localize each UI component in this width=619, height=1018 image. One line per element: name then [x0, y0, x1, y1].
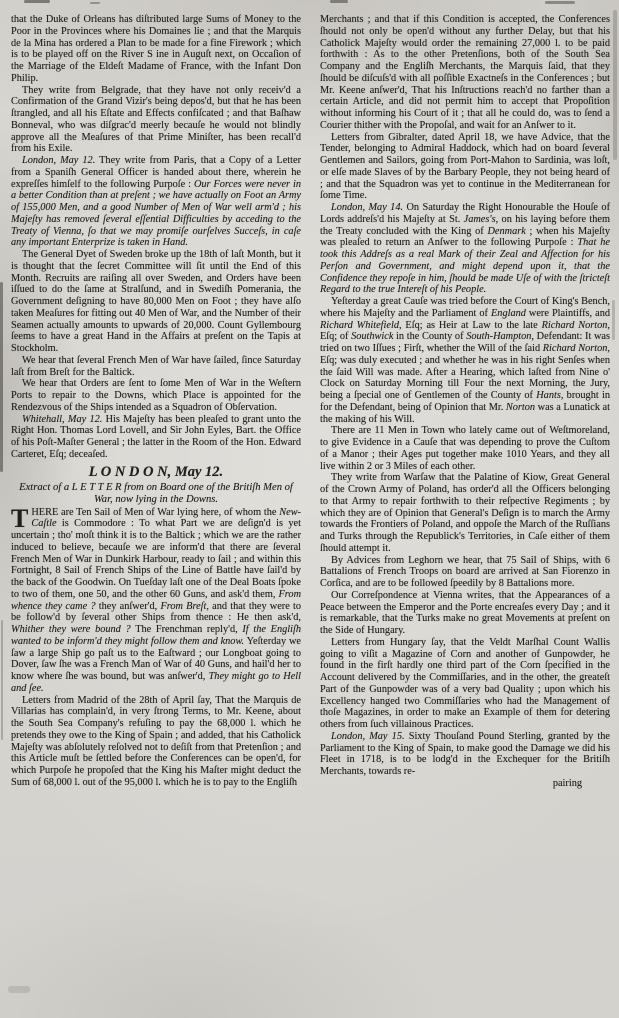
news-paragraph: By Advices from Leghorn we hear, that 75… — [320, 555, 610, 590]
news-paragraph: Merchants ; and that if this Condition i… — [320, 14, 610, 132]
news-paragraph: Yeſterday a great Cauſe was tried before… — [320, 296, 610, 425]
news-paragraph: The General Dyet of Sweden broke up the … — [11, 249, 301, 355]
news-paragraph: London, May 14. On Saturday the Right Ho… — [320, 202, 610, 296]
news-paragraph: We hear that Orders are ſent to ſome Men… — [11, 378, 301, 413]
news-paragraph: London, May 15. Sixty Thouſand Pound Ste… — [320, 731, 610, 778]
news-paragraph: Letters from Madrid of the 28th of April… — [11, 695, 301, 789]
news-paragraph: London, May 12. They write from Paris, t… — [11, 155, 301, 249]
news-paragraph: They write from Warſaw that the Palatine… — [320, 472, 610, 554]
letter-subheading: Extract of a L E T T E R from on Board o… — [11, 482, 301, 506]
news-paragraph: THERE are Ten Sail of Men of War lying h… — [11, 507, 301, 695]
news-paragraph: We hear that ſeveral French Men of War h… — [11, 355, 301, 379]
news-paragraph: There are 11 Men in Town who lately came… — [320, 425, 610, 472]
news-paragraph: Our Correſpondence at Vienna writes, tha… — [320, 590, 610, 637]
right-column: Merchants ; and that if this Condition i… — [320, 14, 610, 1018]
drop-cap: T — [11, 507, 31, 529]
news-paragraph: Letters from Hungary ſay, that the Veldt… — [320, 637, 610, 731]
catchword: pairing — [320, 778, 610, 790]
news-paragraph: They write from Belgrade, that they have… — [11, 85, 301, 156]
section-heading: L O N D O N, May 12. — [11, 464, 301, 480]
news-paragraph: that the Duke of Orleans has diſtributed… — [11, 14, 301, 85]
news-paragraph: Letters from Gibralter, dated April 18, … — [320, 132, 610, 203]
left-column: that the Duke of Orleans has diſtributed… — [11, 14, 301, 1018]
news-paragraph: Whitehall, May 12. His Majeſty has been … — [11, 414, 301, 461]
newspaper-page: that the Duke of Orleans has diſtributed… — [0, 0, 619, 1018]
